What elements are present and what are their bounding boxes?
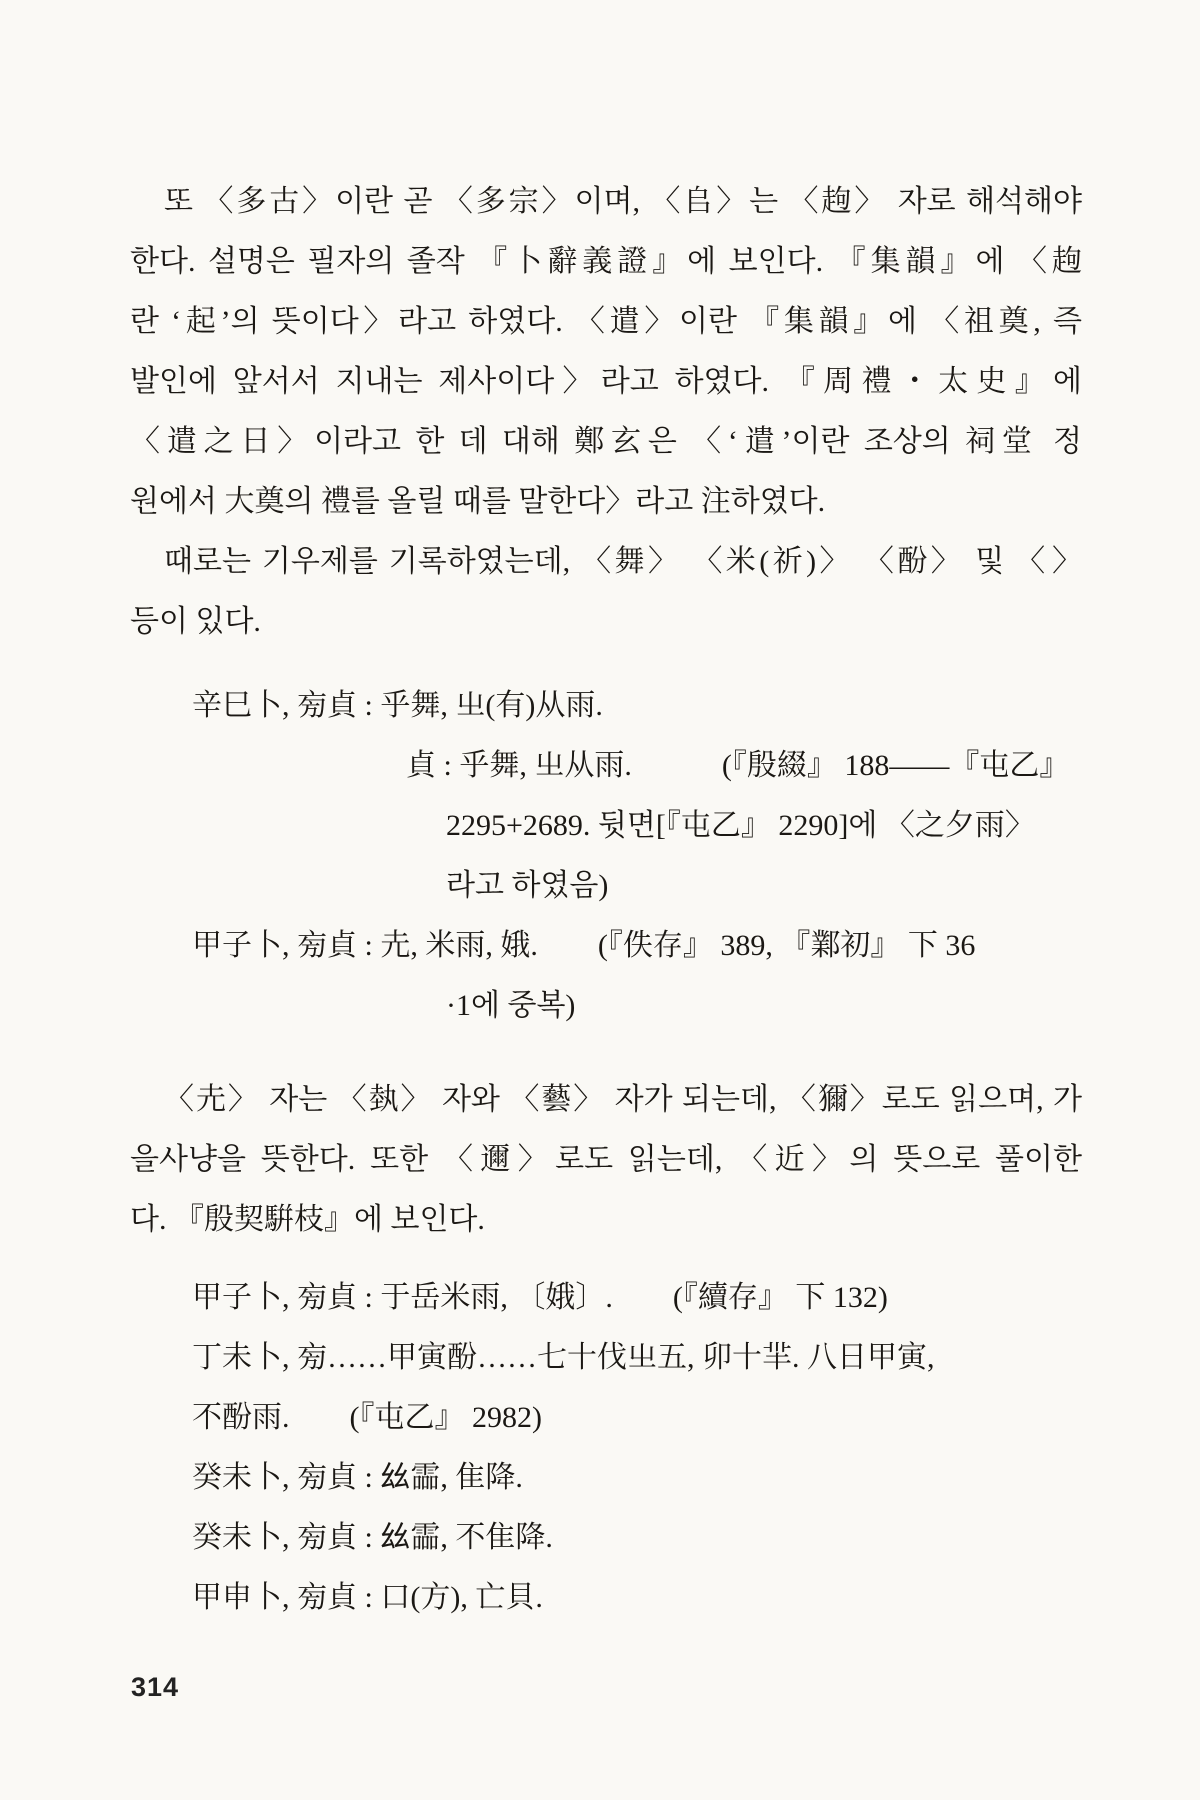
text-line: 〈圥〉 자는 〈埶〉 자와 〈藝〉 자가 되는데, 〈獮〉로도 읽으며, 가 xyxy=(130,1070,1082,1130)
text-line: 발인에 앞서서 지내는 제사이다〉라고 하였다. 『周禮・太史』에 xyxy=(130,352,1082,412)
text-line: 辛巳卜, 㫄貞 : 乎舞, 㞢(有)从雨. xyxy=(192,676,1082,736)
text-line: 을사냥을 뜻한다. 또한 〈邇〉로도 읽는데, 〈近〉의 뜻으로 풀이한 xyxy=(130,1130,1082,1190)
text-line: 丁未卜, 㫄……甲寅酚……七十伐㞢五, 卯十羋. 八日甲寅, xyxy=(192,1328,1082,1388)
paragraph-1: 또 〈多古〉이란 곧 〈多宗〉이며, 〈𠂤〉는 〈䞤〉 자로 해석해야한다. 설… xyxy=(130,172,1082,532)
paragraph-2: 때로는 기우제를 기록하였는데, 〈舞〉 〈米(祈)〉 〈酚〉 및 〈𠦪〉등이 … xyxy=(130,532,1082,652)
text-line: 때로는 기우제를 기록하였는데, 〈舞〉 〈米(祈)〉 〈酚〉 및 〈𠦪〉 xyxy=(130,532,1082,592)
text-line: 라고 하였음) xyxy=(446,856,1082,916)
text-line: ·1에 중복) xyxy=(446,976,1082,1036)
quote-block-1: 辛巳卜, 㫄貞 : 乎舞, 㞢(有)从雨.貞 : 乎舞, 㞢从雨. (『殷綴』 … xyxy=(130,676,1082,1036)
text-line: 甲子卜, 㫄貞 : 圥, 米雨, 娥. (『佚存』 389, 『鄴初』 下 36 xyxy=(192,916,1082,976)
text-line: 한다. 설명은 필자의 졸작 『卜辭義證』에 보인다. 『集韻』에 〈䞤 xyxy=(130,232,1082,292)
text-line: 貞 : 乎舞, 㞢从雨. (『殷綴』 188——『屯乙』 xyxy=(406,736,1082,796)
text-line: 란 ‘起’의 뜻이다〉라고 하였다. 〈遣〉이란 『集韻』에 〈祖奠, 즉 xyxy=(130,292,1082,352)
text-line: 또 〈多古〉이란 곧 〈多宗〉이며, 〈𠂤〉는 〈䞤〉 자로 해석해야 xyxy=(130,172,1082,232)
text-line: 원에서 大奠의 禮를 올릴 때를 말한다〉라고 注하였다. xyxy=(130,472,1082,532)
paragraph-3: 〈圥〉 자는 〈埶〉 자와 〈藝〉 자가 되는데, 〈獮〉로도 읽으며, 가을사… xyxy=(130,1070,1082,1250)
text-line: 癸未卜, 㫄貞 : 𢆶霝, 不隹降𡆥. xyxy=(192,1508,1082,1568)
text-line: 甲子卜, 㫄貞 : 于岳米雨, 〔娥〕. (『續存』 下 132) xyxy=(192,1268,1082,1328)
text-line: 등이 있다. xyxy=(130,592,1082,652)
page-number: 314 xyxy=(131,1672,179,1703)
text-line: 〈遣之日〉이라고 한 데 대해 鄭玄은 〈‘遣’이란 조상의 祠堂 정 xyxy=(130,412,1082,472)
book-page: 또 〈多古〉이란 곧 〈多宗〉이며, 〈𠂤〉는 〈䞤〉 자로 해석해야한다. 설… xyxy=(0,0,1200,1800)
page-text: 또 〈多古〉이란 곧 〈多宗〉이며, 〈𠂤〉는 〈䞤〉 자로 해석해야한다. 설… xyxy=(130,172,1082,1628)
text-line: 다. 『殷契騈枝』에 보인다. xyxy=(130,1190,1082,1250)
text-line: 甲申卜, 㫄貞 : 𠦪口(方), 亡貝. xyxy=(192,1568,1082,1628)
text-line: 癸未卜, 㫄貞 : 𢆶霝, 隹降𡆥. xyxy=(192,1448,1082,1508)
text-line: 2295+2689. 뒷면[『屯乙』 2290]에 〈之夕雨〉 xyxy=(446,796,1082,856)
quote-block-2: 甲子卜, 㫄貞 : 于岳米雨, 〔娥〕. (『續存』 下 132)丁未卜, 㫄…… xyxy=(130,1268,1082,1628)
text-line: 不酚雨. (『屯乙』 2982) xyxy=(192,1388,1082,1448)
